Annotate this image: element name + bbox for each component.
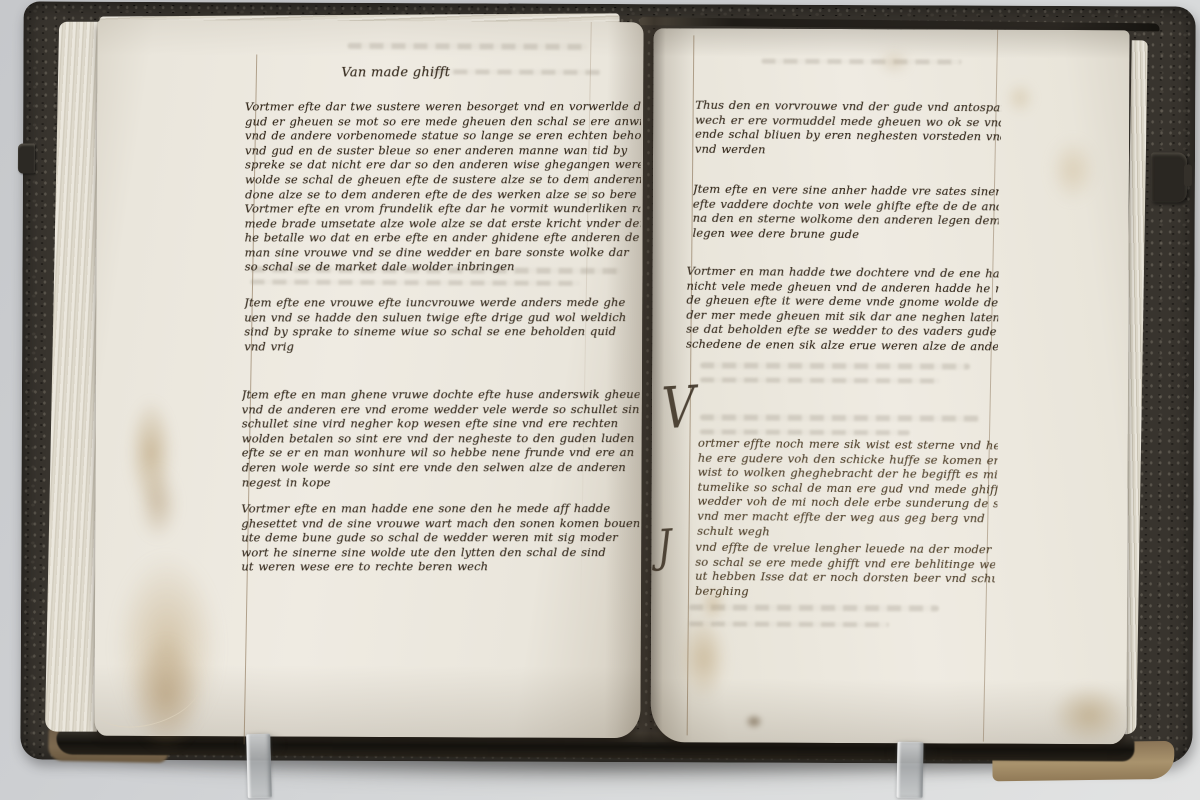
photo-of-manuscript-book: Van made ghifft Vortmer efte dar twe sus… (0, 0, 1200, 800)
manuscript-text-line: berghing (695, 584, 995, 601)
manuscript-text-line: sind by sprake to sineme wiue so schal s… (244, 324, 640, 339)
manuscript-text-line: uen vnd se hadde den suluen twige efte d… (244, 310, 640, 325)
manuscript-text-line: man sine vrouwe vnd se dine wedder en ba… (245, 245, 641, 260)
manuscript-paragraph: Jtem efte en man ghene vruwe dochte efte… (242, 387, 640, 490)
acrylic-display-stand-left (246, 734, 272, 799)
manuscript-text-line: efte se er en man wonhure wil so hebbe n… (242, 445, 640, 460)
ink-showthrough (250, 279, 580, 285)
manuscript-paragraph: Vortmer efte en man hadde ene sone den h… (241, 501, 639, 574)
manuscript-text-line: mede brade umsetate alze wole alze se da… (245, 216, 641, 231)
ink-showthrough (689, 621, 889, 627)
clasp-fitting-right (1151, 152, 1187, 202)
flourished-initial: J (656, 521, 672, 573)
manuscript-text-line: schult wegh (697, 523, 997, 540)
manuscript-paragraph: vnd effte de vrelue lengher leuede na de… (695, 540, 995, 601)
manuscript-text-line: Jtem efte en man ghene vruwe dochte efte… (242, 387, 640, 402)
manuscript-text-line: vnd de andere vorbenomede statue so lang… (245, 128, 641, 143)
manuscript-text-line: negest in kope (242, 475, 640, 490)
manuscript-text-line: vnd werden (695, 141, 1001, 158)
left-manuscript-page: Van made ghifft Vortmer efte dar twe sus… (94, 20, 643, 738)
manuscript-paragraph: ortmer effte noch mere sik wist est ster… (697, 436, 998, 541)
manuscript-text-line: ut weren wese ere to rechte beren wech (241, 559, 639, 574)
manuscript-text-line: vnd vrig (244, 339, 640, 354)
manuscript-text-line: vnd de anderen ere vnd erome wedder vele… (242, 402, 640, 417)
ink-showthrough (700, 377, 940, 383)
clasp-fitting-left (18, 143, 35, 173)
manuscript-text-line: he betalle wo dat en erbe efte en ander … (245, 230, 641, 245)
ink-showthrough (700, 362, 970, 369)
manuscript-text-line: Vortmer efte en vrom frundelik efte dar … (245, 201, 641, 216)
ink-showthrough (689, 604, 939, 611)
manuscript-paragraph: Thus den en vorvrouwe vnd der gude vnd a… (695, 98, 1001, 159)
manuscript-paragraph: Vortmer efte en vrom frundelik efte dar … (245, 201, 641, 274)
ink-showthrough (700, 429, 910, 435)
manuscript-paragraph: Jtem efte en vere sine anher hadde vre s… (693, 182, 999, 243)
ink-showthrough (761, 59, 961, 65)
manuscript-text-line: vnd gud en de suster bleue so ener ander… (245, 143, 641, 158)
right-manuscript-page: Thus den en vorvrouwe vnd der gude vnd a… (650, 28, 1129, 744)
manuscript-text-line: gud er gheuen se mot so ere mede gheuen … (245, 114, 641, 129)
manuscript-text-line: Jtem efte ene vrouwe efte iuncvrouwe wer… (244, 295, 640, 310)
manuscript-text-line: spreke se dat nicht ere dar so den ander… (245, 157, 641, 172)
manuscript-text-line: wolde se schal de gheuen efte de sustere… (245, 172, 641, 187)
manuscript-text-line: legen wee dere brune gude (693, 225, 999, 242)
ink-showthrough (347, 43, 587, 50)
manuscript-text-line: done alze se to dem anderen efte de des … (245, 187, 641, 202)
manuscript-text-line: deren wole werde so sint ere vnde den se… (242, 460, 640, 475)
manuscript-text-line: so schal se de market dale wolder inbrin… (245, 259, 641, 274)
flourished-initial: V (661, 373, 697, 442)
manuscript-paragraph: Jtem efte ene vrouwe efte iuncvrouwe wer… (244, 295, 640, 354)
manuscript-text-line: Vortmer efte dar twe sustere weren besor… (245, 99, 641, 114)
manuscript-text-line: ute deme bune gude so schal de wedder we… (241, 530, 639, 545)
manuscript-text-line: wort he sinerne sine wolde ute den lytte… (241, 545, 639, 560)
open-manuscript-book: Van made ghifft Vortmer efte dar twe sus… (20, 1, 1195, 772)
manuscript-paragraph: Vortmer en man hadde twe dochtere vnd de… (686, 264, 999, 354)
manuscript-text-line: schedene de enen sik alze erue weren alz… (686, 337, 998, 354)
acrylic-display-stand-right (897, 742, 924, 798)
manuscript-text-line: Vortmer efte en man hadde ene sone den h… (241, 501, 639, 516)
ink-showthrough (700, 414, 980, 421)
manuscript-text-line: wolden betalen so sint ere vnd der neghe… (242, 431, 640, 446)
manuscript-text-line: ghesettet vnd de sine vrouwe wart mach d… (241, 516, 639, 531)
manuscript-text-line: schullet sine vird negher kop wesen efte… (242, 416, 640, 431)
page-heading: Van made ghifft (341, 65, 511, 81)
manuscript-paragraph: Vortmer efte dar twe sustere weren besor… (245, 99, 641, 202)
